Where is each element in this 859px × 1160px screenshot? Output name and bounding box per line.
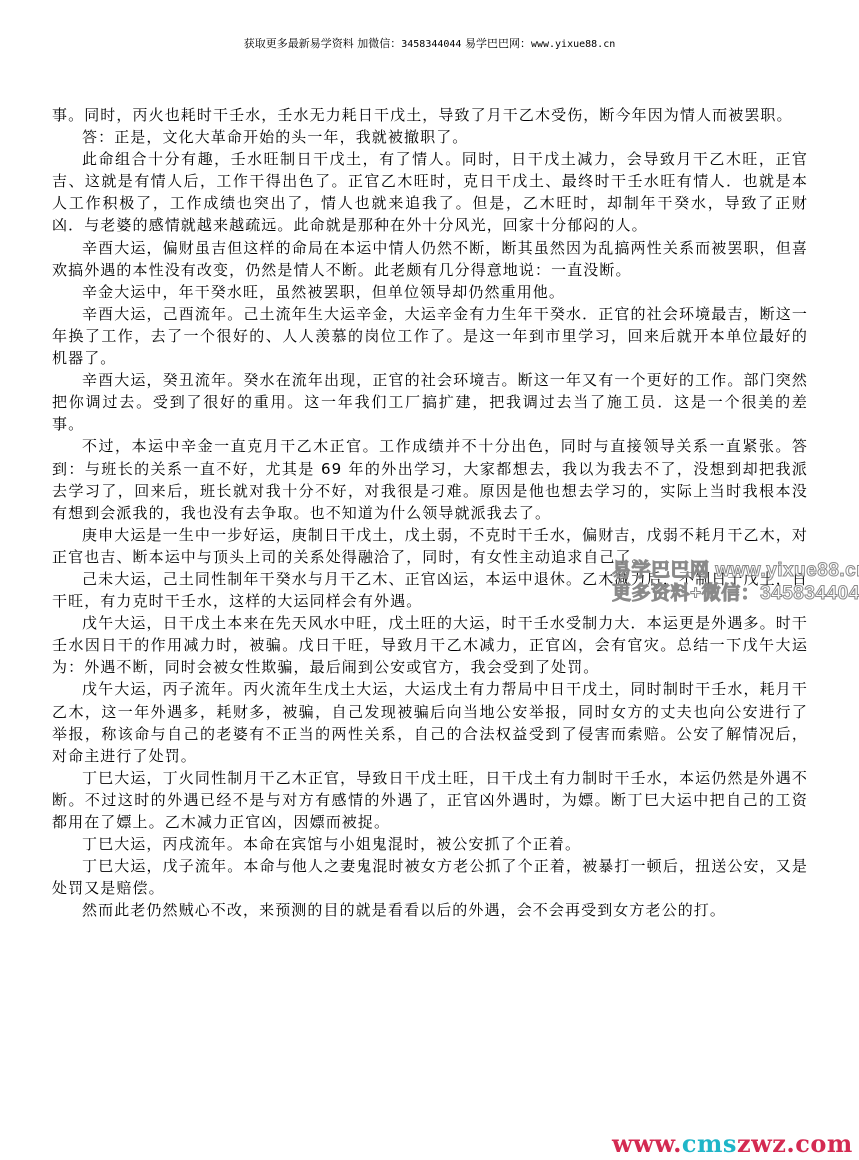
paragraph: 事。同时，丙火也耗时干壬水，壬水无力耗日干戊土，导致了月干乙木受伤，断今年因为情… [52, 104, 808, 126]
paragraph: 辛酉大运，己酉流年。己土流年生大运辛金，大运辛金有力生年干癸水．正官的社会环境最… [52, 303, 808, 369]
header-site-url: www.yixue88.cn [531, 39, 615, 50]
header-wechat-id: 3458344044 [401, 39, 461, 50]
page-header: 获取更多最新易学资料 加微信：3458344044 易学巴巴网：www.yixu… [0, 35, 859, 51]
footer-logo-zwz: zwz.com [737, 1129, 853, 1158]
paragraph: 此命组合十分有趣，壬水旺制日干戊土，有了情人。同时，日干戊土减力，会导致月干乙木… [52, 148, 808, 236]
footer-site-logo: www.cmszwz.com [612, 1129, 853, 1158]
paragraph: 答：正是，文化大革命开始的头一年，我就被撤职了。 [52, 126, 808, 148]
paragraph: 辛金大运中，年干癸水旺，虽然被罢职，但单位领导却仍然重用他。 [52, 281, 808, 303]
header-promo-text: 获取更多最新易学资料 加微信： [244, 37, 402, 50]
header-site-label: 易学巴巴网： [461, 37, 531, 50]
watermark-line-1: 易学巴巴网 www.yixue88.cn [612, 559, 859, 582]
paragraph: 辛酉大运，偏财虽吉但这样的命局在本运中情人仍然不断，断其虽然因为乱搞两性关系而被… [52, 237, 808, 281]
watermark-line-2: 更多资料+微信：3458344044 [612, 582, 859, 605]
paragraph: 戊午大运，丙子流年。丙火流年生戊土大运，大运戊土有力帮局中日干戊土，同时制时干壬… [52, 678, 808, 766]
footer-logo-www: www. [612, 1129, 682, 1158]
paragraph: 戊午大运，日干戊土本来在先天风水中旺，戊土旺的大运，时干壬水受制力大．本运更是外… [52, 612, 808, 678]
watermark-overlay: 易学巴巴网 www.yixue88.cn 更多资料+微信：3458344044 [612, 559, 859, 605]
paragraph: 丁巳大运，戊子流年。本命与他人之妻鬼混时被女方老公抓了个正着，被暴打一顿后，扭送… [52, 855, 808, 899]
paragraph: 不过，本运中辛金一直克月干乙木正官。工作成绩并不十分出色，同时与直接领导关系一直… [52, 435, 808, 523]
paragraph: 然而此老仍然贼心不改，来预测的目的就是看看以后的外遇，会不会再受到女方老公的打。 [52, 899, 808, 921]
document-body: 事。同时，丙火也耗时干壬水，壬水无力耗日干戊土，导致了月干乙木受伤，断今年因为情… [52, 104, 808, 921]
footer-logo-cms: cms [682, 1129, 737, 1158]
paragraph: 辛酉大运，癸丑流年。癸水在流年出现，正官的社会环境吉。断这一年又有一个更好的工作… [52, 369, 808, 435]
paragraph: 丁巳大运，丙戌流年。本命在宾馆与小姐鬼混时，被公安抓了个正着。 [52, 833, 808, 855]
paragraph: 丁巳大运，丁火同性制月干乙木正官，导致日干戊土旺，日干戊土有力制时干壬水，本运仍… [52, 767, 808, 833]
